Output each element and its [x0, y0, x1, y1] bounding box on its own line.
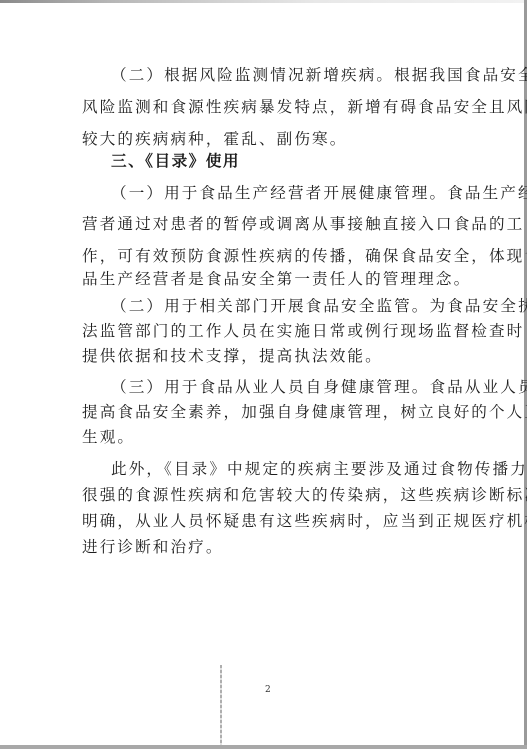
paragraph-closing-line: 明确，从业人员怀疑患有这些疾病时，应当到正规医疗机构 — [82, 511, 527, 531]
paragraph-supervision-line: 法监管部门的工作人员在实施日常或例行现场监督检查时 — [82, 321, 524, 341]
paragraph-supervision-line: （二）用于相关部门开展食品安全监管。为食品安全执 — [111, 296, 527, 316]
paragraph-worker-health-line: 提高食品安全素养，加强自身健康管理，树立良好的个人卫 — [82, 402, 527, 422]
paragraph-producer-health-line: 作，可有效预防食源性疾病的传播，确保食品安全，体现食 — [82, 246, 527, 266]
paragraph-closing-line: 进行诊断和治疗。 — [82, 537, 224, 557]
paragraph-closing-line: 很强的食源性疾病和危害较大的传染病，这些疾病诊断标准 — [82, 485, 527, 505]
scan-bottom-edge — [0, 745, 527, 749]
paragraph-new-diseases-line: （二）根据风险监测情况新增疾病。根据我国食品安全 — [111, 65, 527, 85]
paragraph-new-diseases-line: 风险监测和食源性疾病暴发特点，新增有碍食品安全且风险 — [82, 97, 527, 117]
section-heading: 三、《目录》使用 — [111, 151, 240, 171]
scan-top-edge — [0, 0, 527, 3]
paragraph-producer-health-line: 品生产经营者是食品安全第一责任人的管理理念。 — [82, 269, 471, 289]
paragraph-supervision-line: 提供依据和技术支撑，提高执法效能。 — [82, 346, 383, 366]
paragraph-worker-health-line: （三）用于食品从业人员自身健康管理。食品从业人员 — [111, 377, 527, 397]
paragraph-closing-line: 此外，《目录》中规定的疾病主要涉及通过食物传播力 — [111, 459, 527, 479]
paragraph-new-diseases-line: 较大的疾病病种，霍乱、副伤寒。 — [82, 129, 347, 149]
paragraph-producer-health-line: 营者通过对患者的暂停或调离从事接触直接入口食品的工 — [82, 214, 524, 234]
paragraph-producer-health-line: （一）用于食品生产经营者开展健康管理。食品生产经 — [111, 183, 527, 203]
page-number: 2 — [265, 685, 271, 695]
paragraph-worker-health-line: 生观。 — [82, 427, 135, 447]
scan-binding-mark — [220, 665, 222, 745]
